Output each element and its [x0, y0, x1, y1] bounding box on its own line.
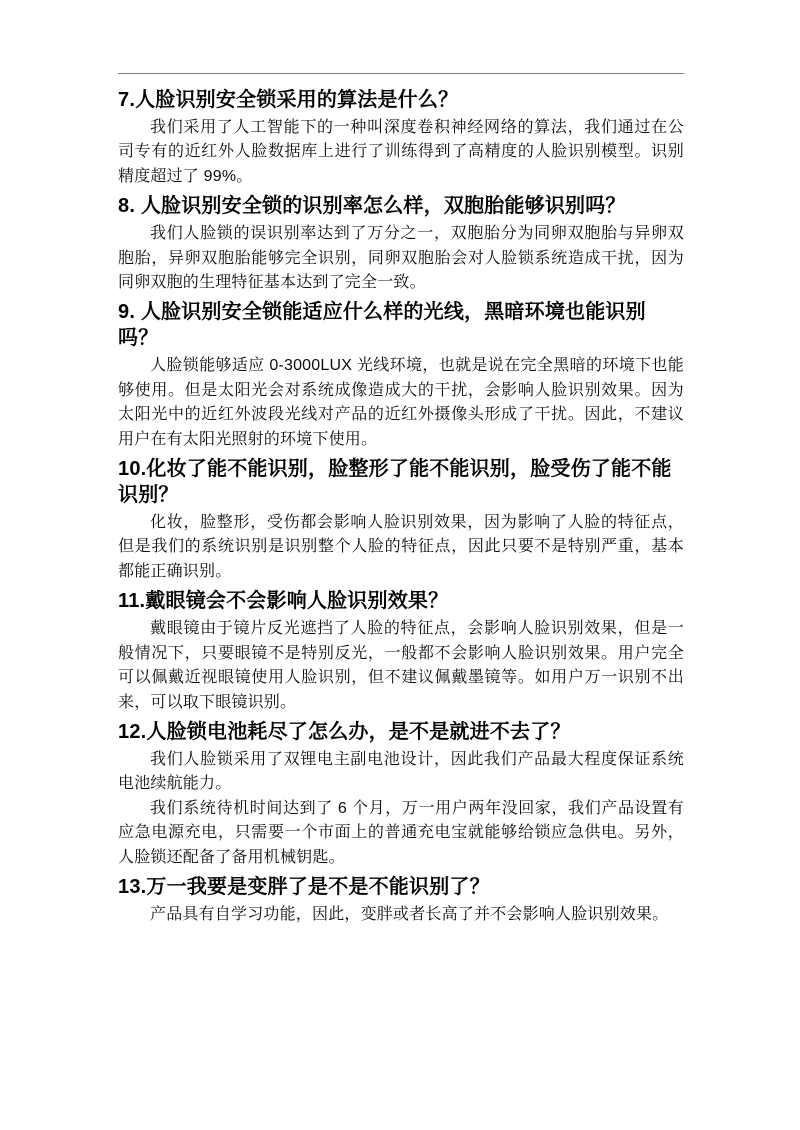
answer-paragraph: 化妆，脸整形，受伤都会影响人脸识别效果，因为影响了人脸的特征点，但是我们的系统识… [118, 511, 684, 584]
faq-section-q9: 9. 人脸识别安全锁能适应什么样的光线，黑暗环境也能识别吗？ 人脸锁能够适应 0… [118, 299, 684, 452]
top-divider-line [118, 73, 684, 74]
question-heading-8: 8. 人脸识别安全锁的识别率怎么样，双胞胎能够识别吗？ [118, 193, 684, 219]
faq-section-q7: 7.人脸识别安全锁采用的算法是什么？ 我们采用了人工智能下的一种叫深度卷积神经网… [118, 87, 684, 189]
answer-paragraph: 我们人脸锁的误识别率达到了万分之一，双胞胎分为同卵双胞胎与异卵双胞胎，异卵双胞胎… [118, 222, 684, 295]
faq-section-q10: 10.化妆了能不能识别，脸整形了能不能识别，脸受伤了能不能识别？ 化妆，脸整形，… [118, 456, 684, 584]
answer-paragraph: 人脸锁能够适应 0-3000LUX 光线环境，也就是说在完全黑暗的环境下也能够使… [118, 354, 684, 452]
question-heading-7: 7.人脸识别安全锁采用的算法是什么？ [118, 87, 684, 113]
question-heading-13: 13.万一我要是变胖了是不是不能识别了？ [118, 874, 684, 900]
answer-paragraph: 戴眼镜由于镜片反光遮挡了人脸的特征点，会影响人脸识别效果，但是一般情况下，只要眼… [118, 617, 684, 715]
faq-section-q13: 13.万一我要是变胖了是不是不能识别了？ 产品具有自学习功能，因此，变胖或者长高… [118, 874, 684, 927]
question-heading-10: 10.化妆了能不能识别，脸整形了能不能识别，脸受伤了能不能识别？ [118, 456, 684, 508]
answer-paragraph: 产品具有自学习功能，因此，变胖或者长高了并不会影响人脸识别效果。 [118, 903, 684, 927]
answer-paragraph: 我们采用了人工智能下的一种叫深度卷积神经网络的算法，我们通过在公司专有的近红外人… [118, 116, 684, 189]
answer-paragraph: 我们人脸锁采用了双锂电主副电池设计，因此我们产品最大程度保证系统电池续航能力。 [118, 748, 684, 797]
document-page: 7.人脸识别安全锁采用的算法是什么？ 我们采用了人工智能下的一种叫深度卷积神经网… [0, 0, 800, 1130]
faq-section-q12: 12.人脸锁电池耗尽了怎么办，是不是就进不去了？ 我们人脸锁采用了双锂电主副电池… [118, 719, 684, 870]
question-heading-9: 9. 人脸识别安全锁能适应什么样的光线，黑暗环境也能识别吗？ [118, 299, 684, 351]
question-heading-12: 12.人脸锁电池耗尽了怎么办，是不是就进不去了？ [118, 719, 684, 745]
question-heading-11: 11.戴眼镜会不会影响人脸识别效果？ [118, 588, 684, 614]
document-content: 7.人脸识别安全锁采用的算法是什么？ 我们采用了人工智能下的一种叫深度卷积神经网… [118, 0, 684, 927]
answer-paragraph: 我们系统待机时间达到了 6 个月，万一用户两年没回家，我们产品设置有应急电源充电… [118, 797, 684, 870]
faq-section-q11: 11.戴眼镜会不会影响人脸识别效果？ 戴眼镜由于镜片反光遮挡了人脸的特征点，会影… [118, 588, 684, 715]
faq-section-q8: 8. 人脸识别安全锁的识别率怎么样，双胞胎能够识别吗？ 我们人脸锁的误识别率达到… [118, 193, 684, 295]
